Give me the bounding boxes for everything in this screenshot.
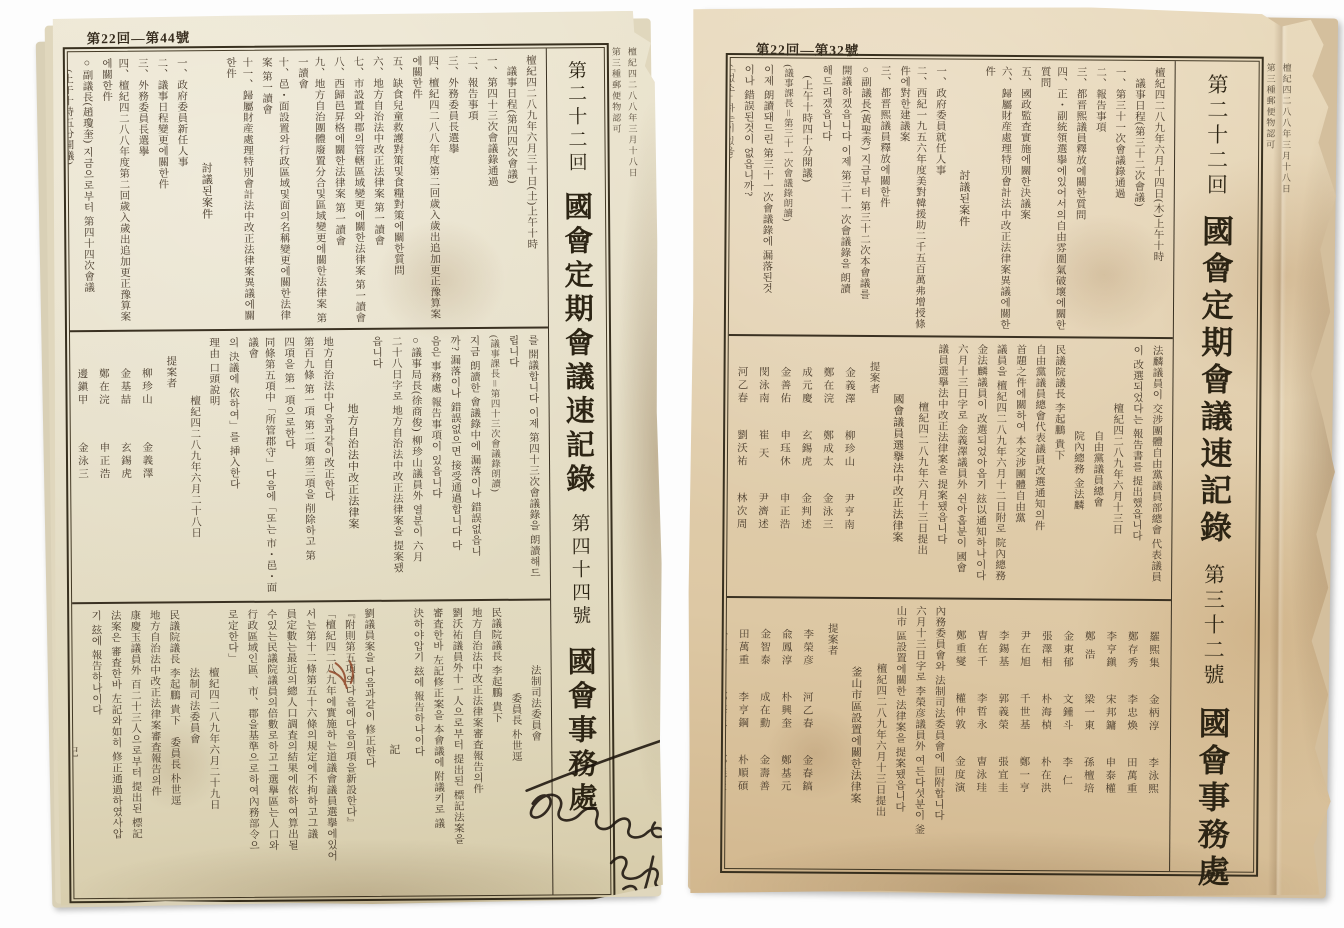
text-column: 檀紀四二八九年六月十三日 xyxy=(1108,345,1126,595)
text-column: 지금 朗讀한 會議錄中에 漏落이나 錯誤없읍니 xyxy=(465,335,484,595)
text-column: 法制司法委員會 xyxy=(526,607,545,891)
text-column: 六、地方自治法中改正法律案 第一讀會 xyxy=(368,56,387,324)
text-column: (議事課長＝第四十三次會議錄朗讀) xyxy=(485,335,504,595)
text-column: 地方自治法中改正法律案 xyxy=(343,336,362,596)
text-column: 首題之件에關하여 本交涉團體自由黨 xyxy=(1010,344,1028,594)
proposer-name: 金基喆 xyxy=(117,368,132,426)
proposer-name: 河乙春 xyxy=(734,366,749,416)
text-column: 民議院議長 李起鵬 貴下 xyxy=(487,607,506,891)
text-column: 해드리겠읍니다 xyxy=(816,65,834,331)
proposer-name: 劉沃祐 xyxy=(734,429,749,479)
proposer-name-column: 朴永出鄭海永郭義榮 xyxy=(725,604,730,864)
masthead-title-column: 第二十二回國會定期會議速記錄第四十四號國會事務處 xyxy=(546,48,611,894)
proposer-name: 郭義榮 xyxy=(995,693,1010,743)
proposer-name: 田萬重 xyxy=(1124,757,1139,807)
proposer-name: 張澤相 xyxy=(1038,630,1053,680)
text-column: 檀紀四二八九年六月十三日提出 xyxy=(913,343,931,593)
printed-border-frame: 檀紀四二八九年六月十四日(木)上午十時 議事日程(第三十二次會議)一、第三十一次… xyxy=(720,53,1264,877)
text-column: 提案者 xyxy=(822,605,840,865)
proposer-name: 鄭海永 xyxy=(725,691,729,741)
text-column: 二、議事日程變更에關한件 xyxy=(153,57,172,325)
proposer-name: 鄭存秀 xyxy=(1124,631,1139,681)
postal-permit-line: 第三種郵便物認可 xyxy=(1263,63,1278,353)
proposer-name-column: 金東郁文鍾斗李 仁 xyxy=(1057,606,1077,866)
proposer-name: 邊鎭甲 xyxy=(74,368,89,426)
text-column: (「없소」하는이 있음) xyxy=(729,64,737,330)
bill-text-section: 를 開議합니다 이제 第四十三次會議錄을 朗讀해드립니다(議事課長＝第四十三次會… xyxy=(70,326,550,602)
text-column: 理由 口頭說明 xyxy=(205,337,224,597)
text-column: 法案은 審査한바 左記와如히 修正通過하였사압 xyxy=(106,610,125,894)
proposer-name: 金泳三 xyxy=(819,493,834,543)
printed-border-frame: 檀紀四二八九年六月三十日(土)上午十時 議事日程(第四四次會議)一、第四十三次會… xyxy=(63,43,616,903)
proposer-name: 李亨鎭 xyxy=(1103,631,1118,681)
text-column: 「檀紀四二八九年에實施하는道議會議員選擧에있어 xyxy=(321,608,340,892)
text-column: 議事日程(第四四次會議) xyxy=(502,55,521,323)
left-document-page: 第22回—第44號 檀紀四二八八年三月十八日第三種郵便物認可 檀紀四二八九年六月… xyxy=(49,11,666,908)
text-column: 山市 區設置에關한 法律案을 提案됐읍니다 xyxy=(890,605,908,865)
proposer-name: 兪鳳淳 xyxy=(778,628,793,678)
text-column: 九、地方自治團體廢置分合및區域變更에關한法律案 第一讀會 xyxy=(293,56,328,324)
proposer-name-column: 金義澤柳珍山尹亨南 xyxy=(839,343,859,593)
text-column: 內務委員會와 法制司法委員會에 回附합니다 xyxy=(929,605,947,865)
proposer-name-column: 李忠煥鄭成太 xyxy=(70,338,71,598)
text-column: 議員選擧法中改正法律案을 提案됐읍니다 xyxy=(932,343,950,593)
proposer-name-column: 李亨鎭宋邦鏞申泰權 xyxy=(1100,607,1120,867)
postal-permit-note: 檀紀四二八八年三月十八日第三種郵便物認可 xyxy=(1260,63,1297,353)
text-column: 一、第三十一次會議錄通過 xyxy=(1109,67,1127,333)
proposer-name-column: 李錫基郭義榮張宜圭 xyxy=(992,606,1012,866)
text-column: 金法麟議員이 改選되었아옵기 玆以通知하나이다 xyxy=(971,344,989,594)
text-column: 립니다 xyxy=(504,335,523,595)
text-column: 二十八日字로 地方自治法中改正法律案을 提案됐 xyxy=(387,336,406,596)
text-column: 法麟議員이 交涉團體自由黨議員部總會 代表議員 xyxy=(1147,345,1165,595)
proposer-name: 金東郁 xyxy=(1060,630,1075,680)
proposer-name-column: 田萬重李亨鋼朴順碩 xyxy=(732,604,752,864)
proposer-name: 文鍾斗 xyxy=(1059,693,1074,743)
issue-number: 第三十二號 xyxy=(1201,563,1226,688)
proposer-name-column: 柳珍山金義澤 xyxy=(137,338,157,598)
busan-bill-section: 羅熙集金柄淳李泳熙 鄭存秀李忠煥田萬重 李亨鎭宋邦鏞申泰權 鄭 浩梁一東孫檀培 … xyxy=(725,596,1171,871)
proposer-name: 李錫基 xyxy=(995,630,1010,680)
proposer-name: 鄭基元 xyxy=(778,754,793,804)
text-column: 記 xyxy=(384,608,403,892)
text-column: (上午十時四十分開議) xyxy=(796,64,814,330)
text-column: 까? 漏落이나 錯誤없으면 接受通過합니다 다 xyxy=(446,335,465,595)
text-column: 康慶玉議員外 百二十三人으로부터 提出된 標記 xyxy=(126,610,145,894)
proposer-name: 郭義榮 xyxy=(725,754,728,804)
publication-title: 國會定期會議速記錄 xyxy=(1196,214,1234,547)
proposer-name-column: 成元慶玄錫虎金判述 xyxy=(796,342,816,592)
proposer-name: 金泳三 xyxy=(75,442,90,500)
proposer-name: 玄錫虎 xyxy=(798,430,813,480)
proposer-name: 玄錫虎 xyxy=(118,442,133,500)
text-column: 決하야압기 玆에 報告하나이다 xyxy=(409,607,428,891)
text-column: 이제 朗讀돼드린 第三十一次會議錄에 漏落된것 xyxy=(757,64,775,330)
publisher-office: 國會事務處 xyxy=(1193,706,1230,891)
proposer-name: 柳珍山 xyxy=(139,368,154,426)
proposer-name: 千世基 xyxy=(1016,693,1031,743)
proposer-name: 朴海楨 xyxy=(1038,693,1053,743)
proposer-name: 柳珍山 xyxy=(841,430,856,480)
text-column: 의 決議에 依하여」를 挿入한다 xyxy=(224,337,243,597)
text-column: 三、都晋熙議員釋放에關한質問 xyxy=(1070,66,1088,332)
text-column: 檀紀四二八九年六月十四日(木)上午十時 xyxy=(1148,67,1166,333)
proposer-name: 金智泰 xyxy=(757,628,772,678)
text-column: 檀紀四二八九年六月三十日(土)上午十時 xyxy=(521,55,540,323)
proposer-name-column: 邊鎭甲金泳三 xyxy=(72,338,92,598)
text-column: 審査한바 左記修正案을 本會議에 附議키로 議 xyxy=(428,607,447,891)
text-column: 檀紀四二八九年六月二十八日 xyxy=(185,337,204,597)
proposer-name: 申泰權 xyxy=(1102,757,1117,807)
text-column: 記 xyxy=(72,610,81,894)
text-column: 二、報告事項 xyxy=(1090,67,1108,333)
text-column: 議員을 檀紀四二八九年六月十二日附로 院內總務 xyxy=(991,344,1009,594)
text-column: 劉沃祐議員外十一人으로부터 提出된 標記法案을 xyxy=(448,607,467,891)
proposer-name: 金鼓坤 xyxy=(727,366,728,416)
proposer-name: 金義澤 xyxy=(842,367,857,417)
text-column: 六、歸屬財産處理特別會計法中改正法律案異議에關한件 xyxy=(979,66,1014,332)
proposer-name-column: 鄭 浩梁一東孫檀培 xyxy=(1078,606,1098,866)
proposer-name: 申珏休 xyxy=(777,429,792,479)
proposer-name: 曺在千 xyxy=(974,630,989,680)
text-column: 自由黨議員總會代表議員改選通知의件 xyxy=(1030,344,1048,594)
text-column: ○議事局長(徐商俊) 柳珍山議員外 열분이 六月 xyxy=(407,335,426,595)
proposer-name: 鄭一亨 xyxy=(1016,756,1031,806)
text-column: 六月十三日字로 李榮彦議員外 여든다섯분이 釜 xyxy=(910,605,928,865)
text-column: 一、政府委員就任人事 xyxy=(930,65,948,331)
proposer-name: 權仲敦 xyxy=(952,693,967,743)
proposer-name: 閔泳南 xyxy=(756,366,771,416)
text-column: 二、報告事項 xyxy=(463,55,482,323)
text-column: 수있는民議院議員의倍數로하고그選擧區는人口와 xyxy=(262,609,281,893)
text-column: 二、西紀一九五六年度美對韓援助二千五百萬弗增授條件에對한建議案 xyxy=(894,65,929,331)
proposer-name-column: 鄭在浣申正浩 xyxy=(94,338,114,598)
text-column: 六月十三日字로 金義澤議員外 쉰아홉분이 國會 xyxy=(952,344,970,594)
text-column: ○副議長(趙瓊奎) 지금으로부터 第四十四次會議 xyxy=(78,58,97,326)
proposer-name: 金壽善 xyxy=(756,754,771,804)
proposer-name: 康慶玉 xyxy=(727,429,728,479)
text-column: 음은 事務處 報告事項이 있읍니다 xyxy=(426,335,445,595)
proposer-name: 尹濟述 xyxy=(755,492,770,542)
text-column: 로定한다」 xyxy=(223,609,242,893)
text-column: 一、政府委員新任人事 xyxy=(172,57,191,325)
text-column: 『附則第五項의다음에다음의項을新設한다』 xyxy=(340,608,359,892)
proposer-name: 李泳熙 xyxy=(1145,757,1160,807)
proposer-name-column: 河乙春劉沃祐林次周 xyxy=(731,342,751,592)
text-column: 八、西歸邑昇格에關한法律案 第一讀會 xyxy=(329,56,348,324)
text-column: 地方自治法中改正法律案審査報告의件 xyxy=(145,610,164,894)
postal-permit-line: 檀紀四二八八年三月十八日 xyxy=(626,47,641,337)
proposer-name-column: 鄭重燮權仲敦金度演 xyxy=(949,606,969,866)
proposer-name-column: 曺在千李哲永曺泳珪 xyxy=(971,606,991,866)
proposer-name: 李忠煥 xyxy=(1124,694,1139,744)
proposer-name-column: 金智泰成在勳金壽善 xyxy=(754,604,774,864)
text-column: 第百九條 第一項 第二項 第三項을 削除하고 第 xyxy=(299,336,318,596)
text-column: 를 開議합니다 이제 第四十三次會議錄을 朗讀해드 xyxy=(524,335,543,595)
text-column: 읍니다 xyxy=(368,336,387,596)
text-column: 開議하겠읍니다 이제 第三十一次會議錄을 朗讀 xyxy=(835,65,853,331)
proposer-name: 尹在旭 xyxy=(1017,630,1032,680)
proposer-name: 金春鎬 xyxy=(799,755,814,805)
text-column: 委員長 朴世逕 xyxy=(506,607,525,891)
text-column: 이 改選되었다는 報告書를 提出했읍니다 xyxy=(1127,345,1145,595)
text-column: 院內總務 金法麟 xyxy=(1069,344,1087,594)
publication-title: 國會定期會議速記錄 xyxy=(560,191,594,497)
postal-permit-line: 檀紀四二八八年三月十八日 xyxy=(1279,63,1294,353)
text-column: 三、外務委員長選擧 xyxy=(133,58,152,326)
text-column: 十一、歸屬財産處理特別會計法中改正法律案異議에關한件 xyxy=(221,57,256,325)
text-column: 檀紀四二八九年六月二十九日 xyxy=(204,609,223,893)
text-column: 一、第四十三次會議錄通過 xyxy=(482,55,501,323)
text-column: 五、國政監査實施에關한決議案 xyxy=(1015,66,1033,332)
proposer-name: 金柄淳 xyxy=(1145,694,1160,744)
text-column: 七、市設置와郡의管轄區域變更에關한法律案 第一讀會 xyxy=(349,56,368,324)
proposer-name: 鄭重燮 xyxy=(952,630,967,680)
proposer-name: 金善佑 xyxy=(777,366,792,416)
text-column: 地方自治法中다음과같이改正한다 xyxy=(319,336,338,596)
proposer-name: 崔 天 xyxy=(755,429,770,479)
proposer-name: 李哲永 xyxy=(973,693,988,743)
text-column: 員定數는最近의總人口調査의結果에依하여算出될 xyxy=(282,608,301,892)
proposer-name: 鄭在浣 xyxy=(820,367,835,417)
text-column: 地方自治法中改正法律案審査報告의件 xyxy=(467,607,486,891)
proposer-name: 朴永出 xyxy=(725,628,729,678)
proposer-name: 羅熙集 xyxy=(1146,631,1161,681)
text-column: 自由黨議員總會 xyxy=(1088,345,1106,595)
issue-number-stamp: 第22回—第44號 xyxy=(87,26,191,47)
text-column: 提案者 xyxy=(162,337,181,597)
proposer-name: 鄭 浩 xyxy=(1081,630,1096,680)
proposer-name: 朴興奎 xyxy=(778,691,793,741)
text-column: 提案者 xyxy=(864,343,882,593)
text-column: 釜山市區設置에關한法律案 xyxy=(846,605,864,865)
text-column: 四、檀紀四二八八年度第二回歲入歲出追加更正豫算案에關한件 xyxy=(407,55,442,323)
committee-report-section: 法制司法委員會委員長 朴世逕民議院議長 李起鵬 貴下地方自治法中改正法律案審査報… xyxy=(72,598,552,898)
proposer-name-column: 李榮彦河乙春金春鎬 xyxy=(797,605,817,865)
proposer-name: 金度演 xyxy=(952,756,967,806)
postal-permit-line: 第三種郵便物認可 xyxy=(610,47,625,337)
proposer-name: 成元慶 xyxy=(799,367,814,417)
agenda-section: 檀紀四二八九年六月十四日(木)上午十時 議事日程(第三十二次會議)一、第三十一次… xyxy=(729,58,1175,337)
text-column: ○副議長(黃聖秀) 지금부터 第三十二次本會議를 xyxy=(855,65,873,331)
text-column: 三、外務委員長選擧 xyxy=(443,55,462,323)
text-column: 檀紀四二八九年六月十三日提出 xyxy=(871,605,889,865)
proposer-name: 申正浩 xyxy=(776,492,791,542)
masthead-title-column: 第二十二回國會定期會議速記錄第三十二號國會事務處 xyxy=(1169,61,1259,872)
text-column: 劉議員案을 다음과같이 修正한다 xyxy=(360,608,379,892)
proposer-name: 鄭在浣 xyxy=(96,368,111,426)
text-column: 四、正・副統領選擧에있어서의自由雰圍氣破壞에關한質問 xyxy=(1034,66,1069,332)
text-column: (議事課長＝第三十一次會議錄朗讀) xyxy=(777,64,795,330)
publisher-office: 國會事務處 xyxy=(563,646,596,816)
proposer-name: 金判述 xyxy=(798,493,813,543)
text-column: 同條第五項中「所管郡守」다음에「또는 市・邑・面議會 xyxy=(244,337,279,597)
proposer-name: 鄭成太 xyxy=(820,430,835,480)
text-column: 行政區域인區、市、郡을基準으로하여內務部令으 xyxy=(243,609,262,893)
proposer-name-column: 張澤相朴海楨朴在洪 xyxy=(1035,606,1055,866)
proposer-name: 金義澤 xyxy=(139,442,154,500)
proposer-name-column: 閔泳南崔 天尹濟述 xyxy=(753,342,773,592)
proposer-name: 張宜圭 xyxy=(995,756,1010,806)
text-column: 서는第十二條第五十六條의規定에不拘하고그議 xyxy=(301,608,320,892)
text-column: 기 玆에 報告하나이다 xyxy=(87,610,106,894)
proposer-name-column: 羅熙集金柄淳李泳熙 xyxy=(1143,607,1163,867)
proposer-name-column: 金基喆玄錫虎 xyxy=(115,338,135,598)
proposer-name: 朴順碩 xyxy=(735,754,750,804)
proposer-name-column: 鄭存秀李忠煥田萬重 xyxy=(1121,607,1141,867)
text-column: 三、都晋熙議員釋放에關한件 xyxy=(874,65,892,331)
text-column: 四項을 第一項으로한다 xyxy=(280,336,299,596)
postal-permit-note: 檀紀四二八八年三月十八日第三種郵便物認可 xyxy=(607,47,644,337)
proposer-name-column: 金善佑申珏休申正浩 xyxy=(774,342,794,592)
proposer-name: 梁一東 xyxy=(1081,693,1096,743)
text-column: 討議된案件 xyxy=(197,57,216,325)
proposer-name: 尹亨南 xyxy=(841,493,856,543)
session-number: 第二十二回 xyxy=(1204,73,1229,198)
proposer-name: 河乙春 xyxy=(799,692,814,742)
proposer-name: 李亨鋼 xyxy=(735,691,750,741)
text-column: 民議院議長 李起鵬 貴下 xyxy=(1049,344,1067,594)
text-column: 四、檀紀四二八八年度第二回歲入歲出追加更正豫算案에關한件 xyxy=(97,58,132,326)
text-column: 法制司法委員會 xyxy=(184,609,203,893)
proposer-name: 宋邦鏞 xyxy=(1102,694,1117,744)
text-column: 討議된案件 xyxy=(954,66,972,332)
proposer-name: 林次周 xyxy=(733,492,748,542)
proposer-name: 成在勳 xyxy=(756,691,771,741)
proposer-name: 孫檀培 xyxy=(1081,756,1096,806)
proposer-name: 李榮彦 xyxy=(800,629,815,679)
issue-number: 第四十四號 xyxy=(568,513,590,628)
proposer-name: 曺泳珪 xyxy=(973,756,988,806)
text-column: 議事日程(第三十二次會議) xyxy=(1129,67,1147,333)
proposer-name-column: 尹在旭千世基鄭一亨 xyxy=(1014,606,1034,866)
text-column: 이나 錯誤된것이 없읍니까? xyxy=(738,64,756,330)
text-column: 十、邑・面設置와行政區域및面의名稱變更에關한法律案 第一讀會 xyxy=(257,57,292,325)
session-number: 第二十二回 xyxy=(565,60,587,175)
proposer-name-column: 兪鳳淳朴興奎鄭基元 xyxy=(775,604,795,864)
proposer-name: 申正浩 xyxy=(96,442,111,500)
right-document-page: 第22回—第32號 檀紀四二八八年三月十八日第三種郵便物認可 檀紀四二八九年六月… xyxy=(684,5,1340,900)
proposer-name: 朴在洪 xyxy=(1038,756,1053,806)
proposer-name: 李 仁 xyxy=(1059,756,1074,806)
proposer-name-column: 鄭在浣鄭成太金泳三 xyxy=(817,343,837,593)
report-and-bill-section: 法麟議員이 交涉團體自由黨議員部總會 代表議員이 改選되었다는 報告書를 提出했… xyxy=(727,334,1173,599)
text-column: (上午十時五分開議) xyxy=(68,58,77,326)
proposer-name-column: 金鼓坤康慶玉崔秉國 xyxy=(727,342,729,592)
agenda-section: 檀紀四二八九年六月三十日(土)上午十時 議事日程(第四四次會議)一、第四十三次會… xyxy=(68,49,548,331)
text-column: 民議院議長 李起鵬 貴下 委員長 朴世逕 xyxy=(165,609,184,893)
text-column: 五、缺食兒童救護對策및食糧對策에關한質問 xyxy=(388,56,407,324)
proposer-name: 田萬重 xyxy=(735,628,750,678)
text-column: 國會議員選擧法中改正法律案 xyxy=(888,343,906,593)
